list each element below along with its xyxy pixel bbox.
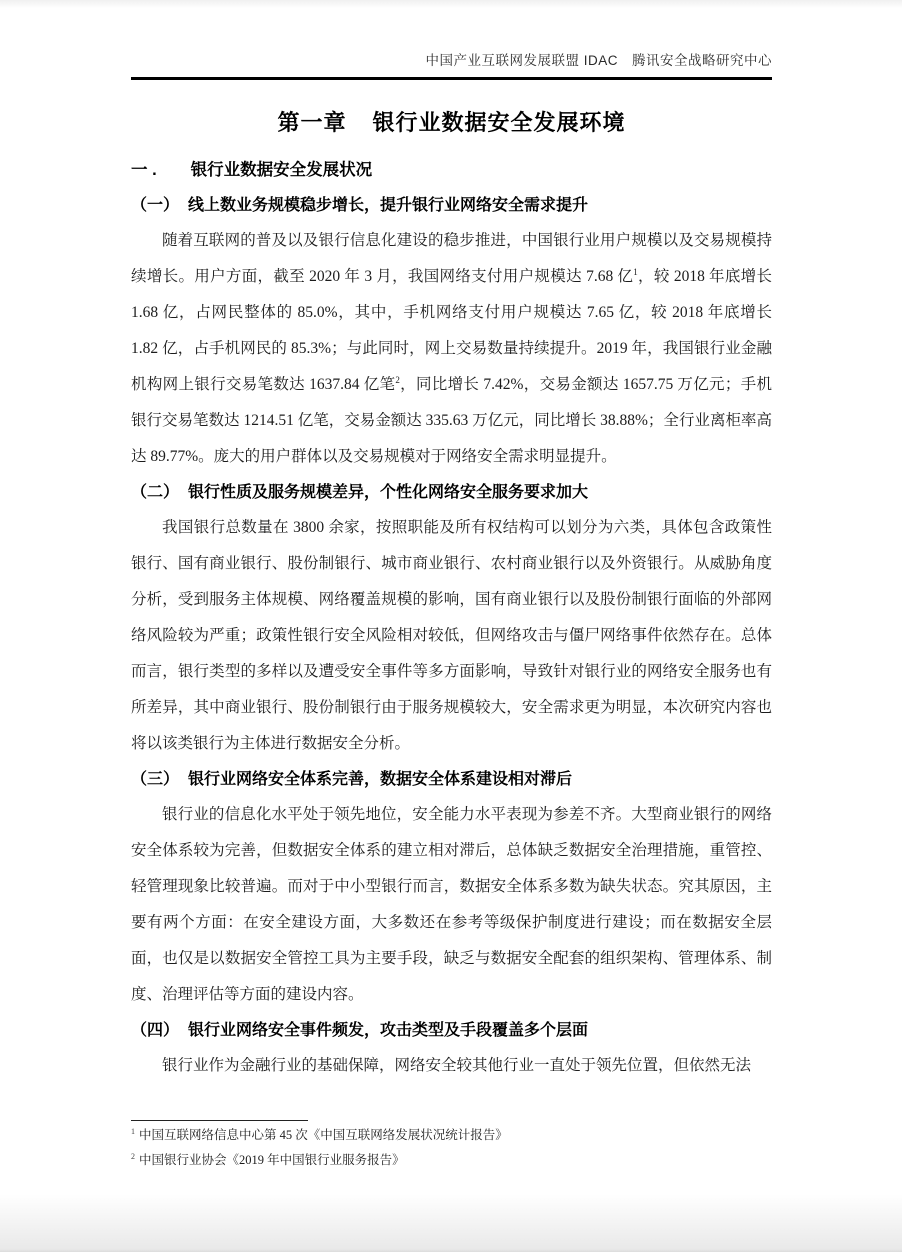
- page-content: 中国产业互联网发展联盟 IDAC 腾讯安全战略研究中心 第一章银行业数据安全发展…: [0, 0, 902, 1171]
- footnote-1: 1中国互联网络信息中心第 45 次《中国互联网络发展状况统计报告》: [131, 1121, 772, 1146]
- subsection-title-4: 银行业网络安全事件频发，攻击类型及手段覆盖多个层面: [188, 1022, 588, 1039]
- paragraph-2: 我国银行总数量在 3800 余家，按照职能及所有权结构可以划分为六类，具体包含政…: [131, 510, 772, 762]
- page-bottom-edge: [0, 1194, 902, 1252]
- running-header: 中国产业互联网发展联盟 IDAC 腾讯安全战略研究中心: [131, 52, 772, 70]
- paragraph-1-text-b: ，较 2018 年底增长 1.68 亿，占网民整体的 85.0%，其中，手机网络…: [131, 268, 772, 393]
- section-heading: 一 .银行业数据安全发展状况: [131, 159, 772, 181]
- chapter-title: 第一章银行业数据安全发展环境: [131, 106, 772, 137]
- section-label: 一 .: [131, 161, 157, 179]
- footnote-1-marker: 1: [131, 1127, 135, 1136]
- subsection-title-2: 银行性质及服务规模差异，个性化网络安全服务要求加大: [188, 484, 588, 501]
- subsection-heading-4: （四）银行业网络安全事件频发，攻击类型及手段覆盖多个层面: [131, 1020, 772, 1042]
- footnote-2: 2中国银行业协会《2019 年中国银行业服务报告》: [131, 1146, 772, 1171]
- paragraph-1: 随着互联网的普及以及银行信息化建设的稳步推进，中国银行业用户规模以及交易规模持续…: [131, 223, 772, 475]
- subsection-label-1: （一）: [131, 197, 179, 214]
- chapter-title-text: 银行业数据安全发展环境: [373, 110, 626, 135]
- footnote-2-marker: 2: [131, 1152, 135, 1161]
- subsection-heading-2: （二）银行性质及服务规模差异，个性化网络安全服务要求加大: [131, 482, 772, 504]
- paragraph-3: 银行业的信息化水平处于领先地位，安全能力水平表现为参差不齐。大型商业银行的网络安…: [131, 797, 772, 1013]
- running-header-text: 中国产业互联网发展联盟 IDAC 腾讯安全战略研究中心: [425, 53, 772, 68]
- subsection-title-3: 银行业网络安全体系完善，数据安全体系建设相对滞后: [188, 771, 572, 788]
- subsection-title-1: 线上数业务规模稳步增长，提升银行业网络安全需求提升: [188, 197, 588, 214]
- section-title: 银行业数据安全发展状况: [191, 161, 373, 179]
- footnote-1-text: 中国互联网络信息中心第 45 次《中国互联网络发展状况统计报告》: [139, 1128, 508, 1142]
- subsection-heading-1: （一）线上数业务规模稳步增长，提升银行业网络安全需求提升: [131, 195, 772, 217]
- subsection-heading-3: （三）银行业网络安全体系完善，数据安全体系建设相对滞后: [131, 769, 772, 791]
- paragraph-4: 银行业作为金融行业的基础保障，网络安全较其他行业一直处于领先位置，但依然无法: [131, 1048, 772, 1084]
- document-page: 中国产业互联网发展联盟 IDAC 腾讯安全战略研究中心 第一章银行业数据安全发展…: [0, 0, 902, 1252]
- subsection-label-3: （三）: [131, 771, 179, 788]
- chapter-label: 第一章: [277, 110, 346, 135]
- subsection-label-2: （二）: [131, 484, 179, 501]
- footnote-2-text: 中国银行业协会《2019 年中国银行业服务报告》: [139, 1153, 405, 1167]
- header-rule: [131, 77, 772, 80]
- footnote-block: 1中国互联网络信息中心第 45 次《中国互联网络发展状况统计报告》 2中国银行业…: [131, 1120, 772, 1171]
- subsection-label-4: （四）: [131, 1022, 179, 1039]
